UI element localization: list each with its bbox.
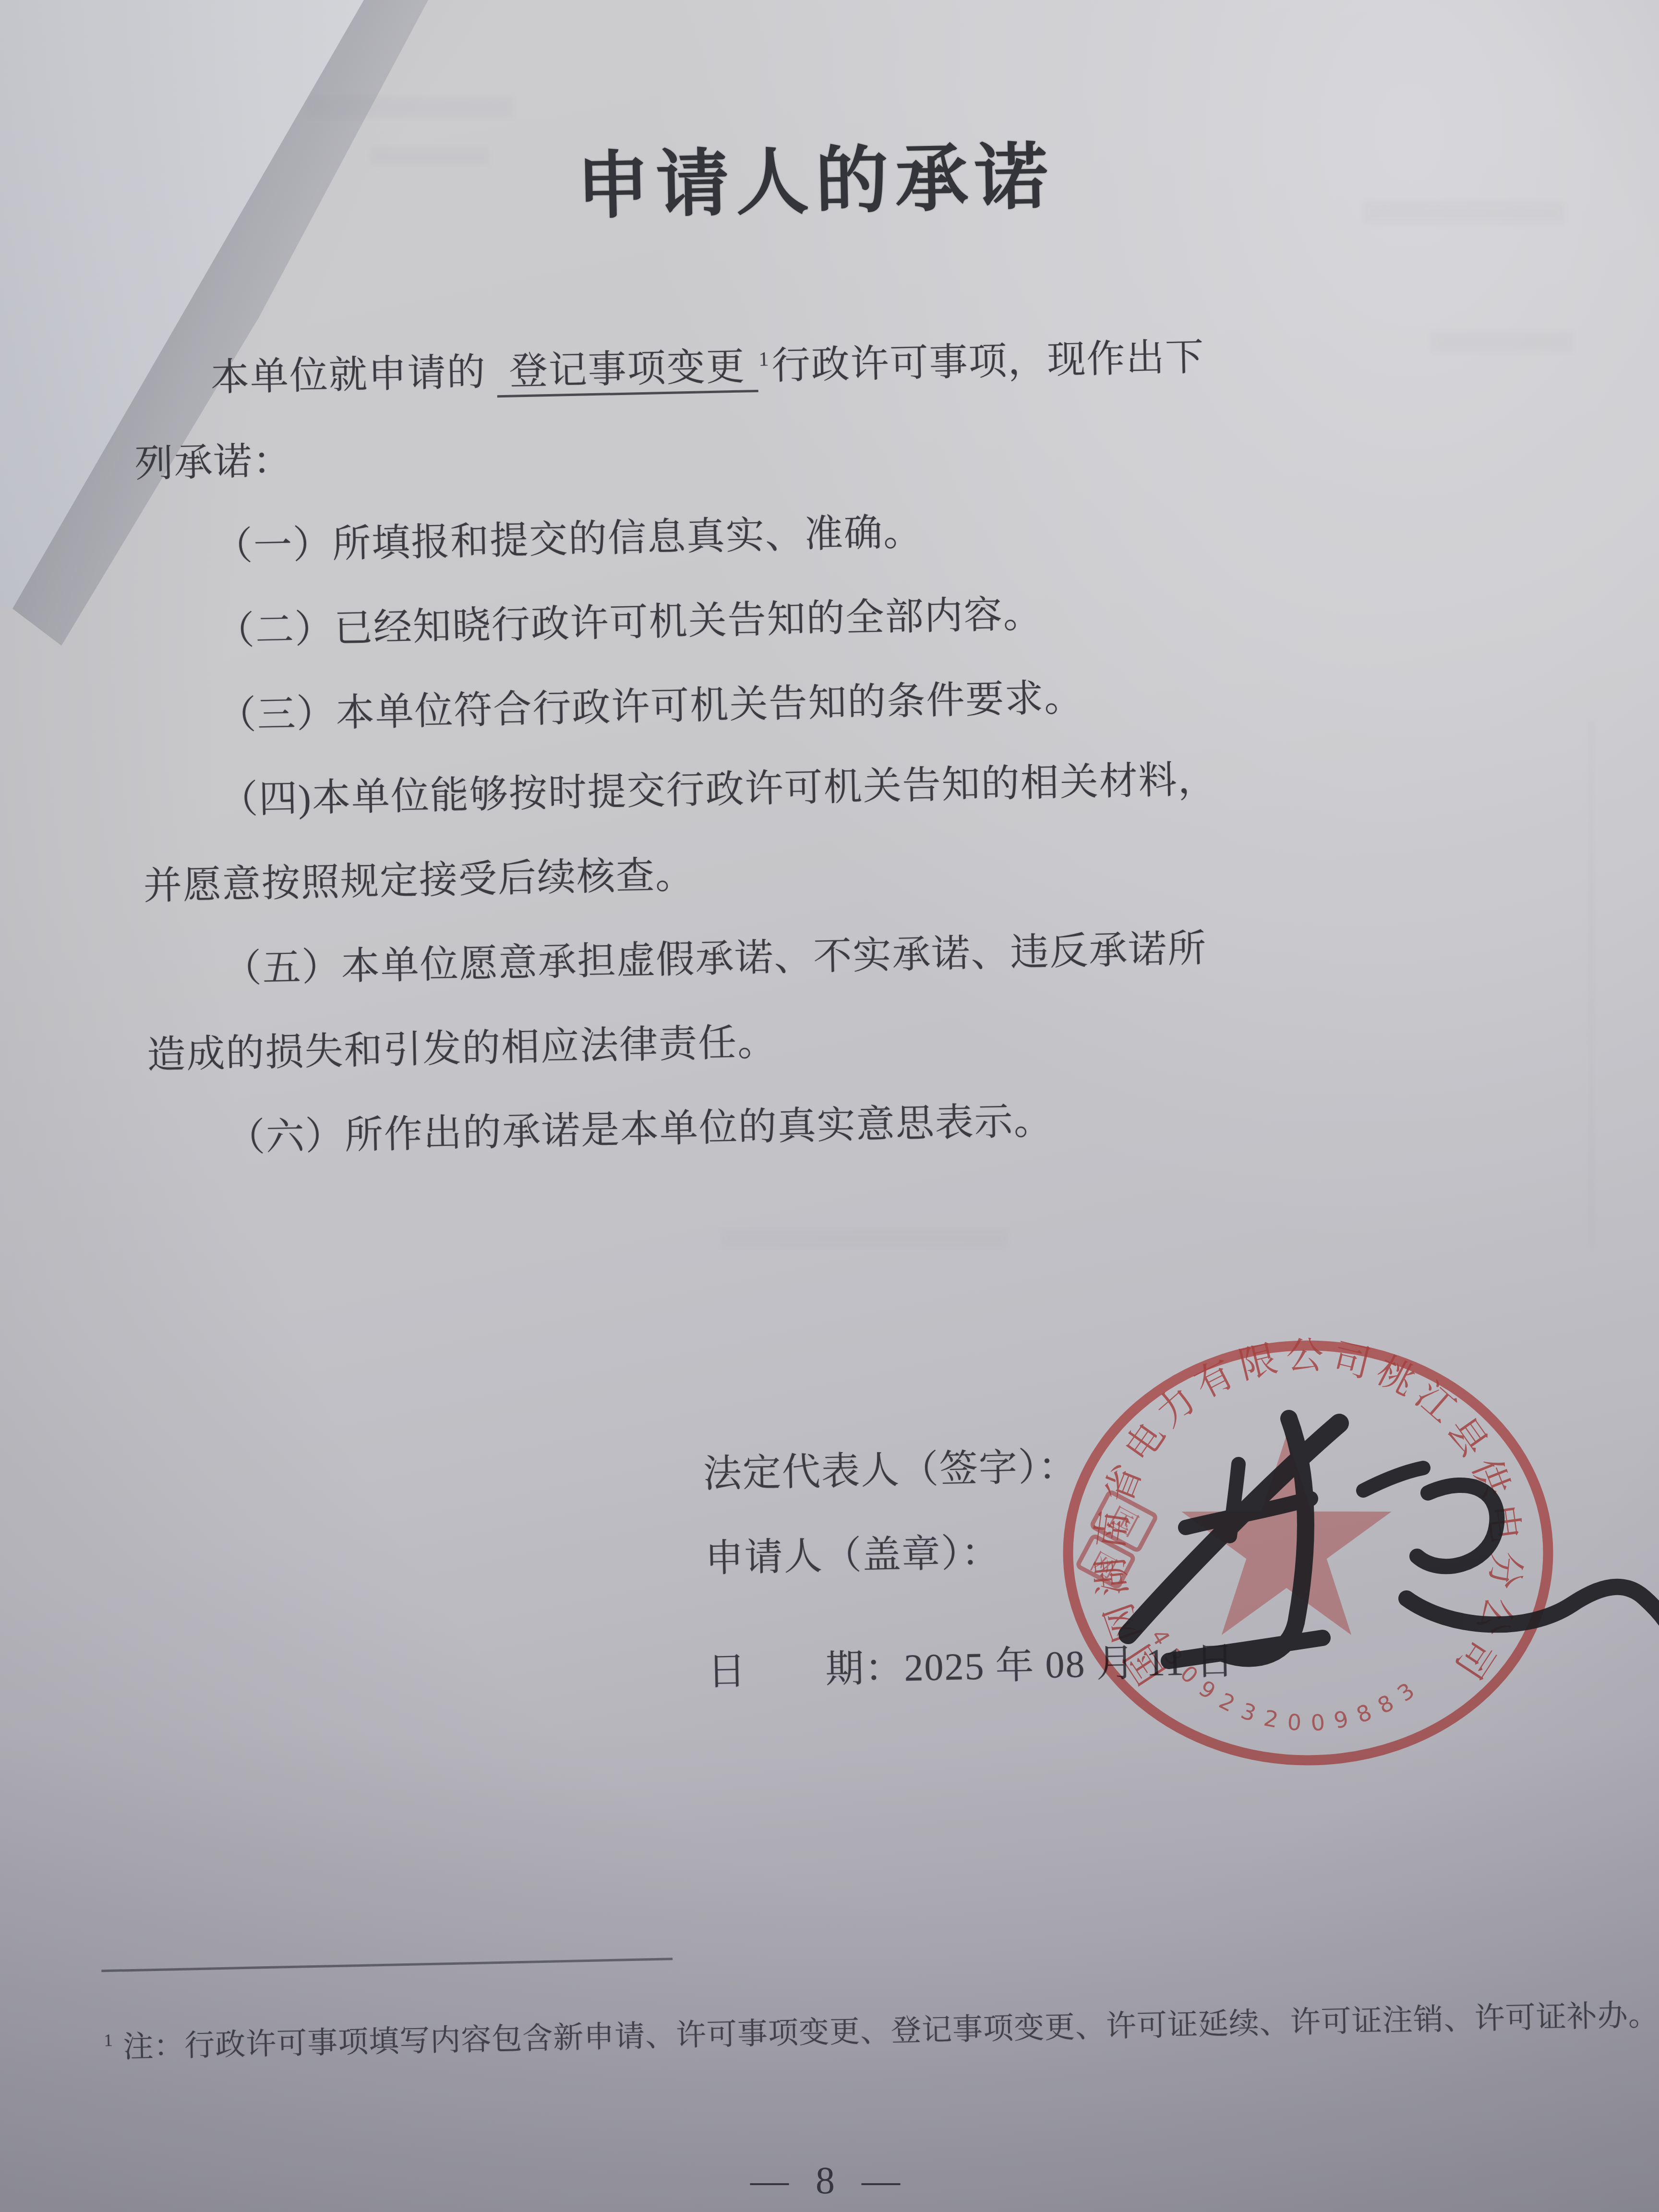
footnote-separator <box>101 1958 673 1972</box>
intro-suffix: 行政许可事项，现作出下 <box>771 336 1205 387</box>
page-number: — 8 — <box>750 2159 909 2203</box>
footnote-text: 注：行政许可事项填写内容包含新申请、许可事项变更、登记事项变更、许可证延续、许可… <box>123 1998 1659 2064</box>
handwritten-signature <box>1070 1373 1659 1743</box>
footnote: 1 注：行政许可事项填写内容包含新申请、许可事项变更、登记事项变更、许可证延续、… <box>102 1981 1659 2074</box>
permit-item-filled-value: 登记事项变更 <box>496 348 758 397</box>
bleed-through-mark <box>1589 720 1594 1248</box>
intro-prefix: 本单位就申请的 <box>210 351 487 399</box>
footnote-ref-mark: 1 <box>104 2031 113 2050</box>
footnote-reference-mark: 1 <box>758 348 770 370</box>
bleed-through-mark <box>307 96 514 118</box>
date-label: 日 期： <box>707 1647 905 1694</box>
